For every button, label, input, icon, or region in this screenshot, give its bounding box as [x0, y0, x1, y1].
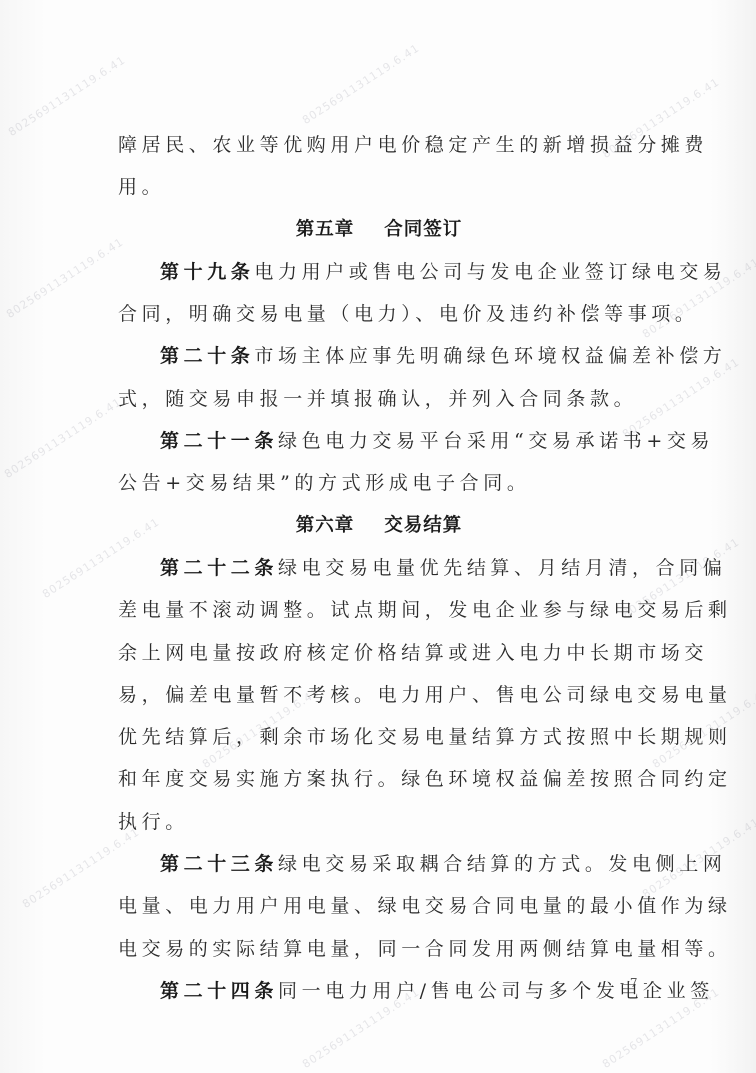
text-line: 和年度交易实施方案执行。绿色环境权益偏差按照合同约定: [118, 758, 640, 800]
watermark: 8025691131119.6.41: [6, 53, 128, 139]
article-line: 第二十四条同一电力用户/售电公司与多个发电企业签: [118, 970, 640, 1012]
watermark: 8025691131119.6.41: [300, 41, 422, 127]
article-number: 第十九条: [160, 261, 254, 283]
document-page: 8025691131119.6.41 8025691131119.6.41 80…: [0, 0, 756, 1073]
text-line: 式，随交易申报一并填报确认，并列入合同条款。: [118, 378, 640, 420]
article-line: 第二十二条绿电交易电量优先结算、月结月清，合同偏: [118, 547, 640, 589]
text-line: 用。: [118, 166, 640, 208]
page-number: - 7 -: [620, 976, 648, 990]
text-line: 电量、电力用户用电量、绿电交易合同电量的最小值作为绿: [118, 885, 640, 927]
article-line: 第十九条电力用户或售电公司与发电企业签订绿电交易: [118, 251, 640, 293]
text-line: 余上网电量按政府核定价格结算或进入电力中长期市场交: [118, 632, 640, 674]
article-number: 第二十二条: [160, 557, 278, 579]
document-body: 障居民、农业等优购用户电价稳定产生的新增损益分摊费 用。 第五章合同签订 第十九…: [118, 124, 640, 1012]
article-number: 第二十三条: [160, 853, 278, 875]
text-line: 易，偏差电量暂不考核。电力用户、售电公司绿电交易电量: [118, 674, 640, 716]
chapter-heading: 第五章合同签订: [118, 209, 640, 251]
article-line: 第二十三条绿电交易采取耦合结算的方式。发电侧上网: [118, 843, 640, 885]
watermark: 8025691131119.6.41: [4, 235, 126, 321]
text-line: 差电量不滚动调整。试点期间，发电企业参与绿电交易后剩: [118, 589, 640, 631]
article-number: 第二十条: [160, 345, 254, 367]
article-line: 第二十条市场主体应事先明确绿色环境权益偏差补偿方: [118, 335, 640, 377]
article-number: 第二十一条: [160, 430, 278, 452]
watermark: 8025691131119.6.41: [2, 395, 124, 481]
text-line: 执行。: [118, 801, 640, 843]
article-number: 第二十四条: [160, 980, 278, 1002]
chapter-heading: 第六章交易结算: [118, 505, 640, 547]
text-line: 障居民、农业等优购用户电价稳定产生的新增损益分摊费: [118, 124, 640, 166]
text-line: 合同，明确交易电量（电力）、电价及违约补偿等事项。: [118, 293, 640, 335]
text-line: 电交易的实际结算电量，同一合同发用两侧结算电量相等。: [118, 928, 640, 970]
text-line: 公告+交易结果”的方式形成电子合同。: [118, 462, 640, 504]
text-line: 优先结算后，剩余市场化交易电量结算方式按照中长期规则: [118, 716, 640, 758]
article-line: 第二十一条绿色电力交易平台采用“交易承诺书+交易: [118, 420, 640, 462]
